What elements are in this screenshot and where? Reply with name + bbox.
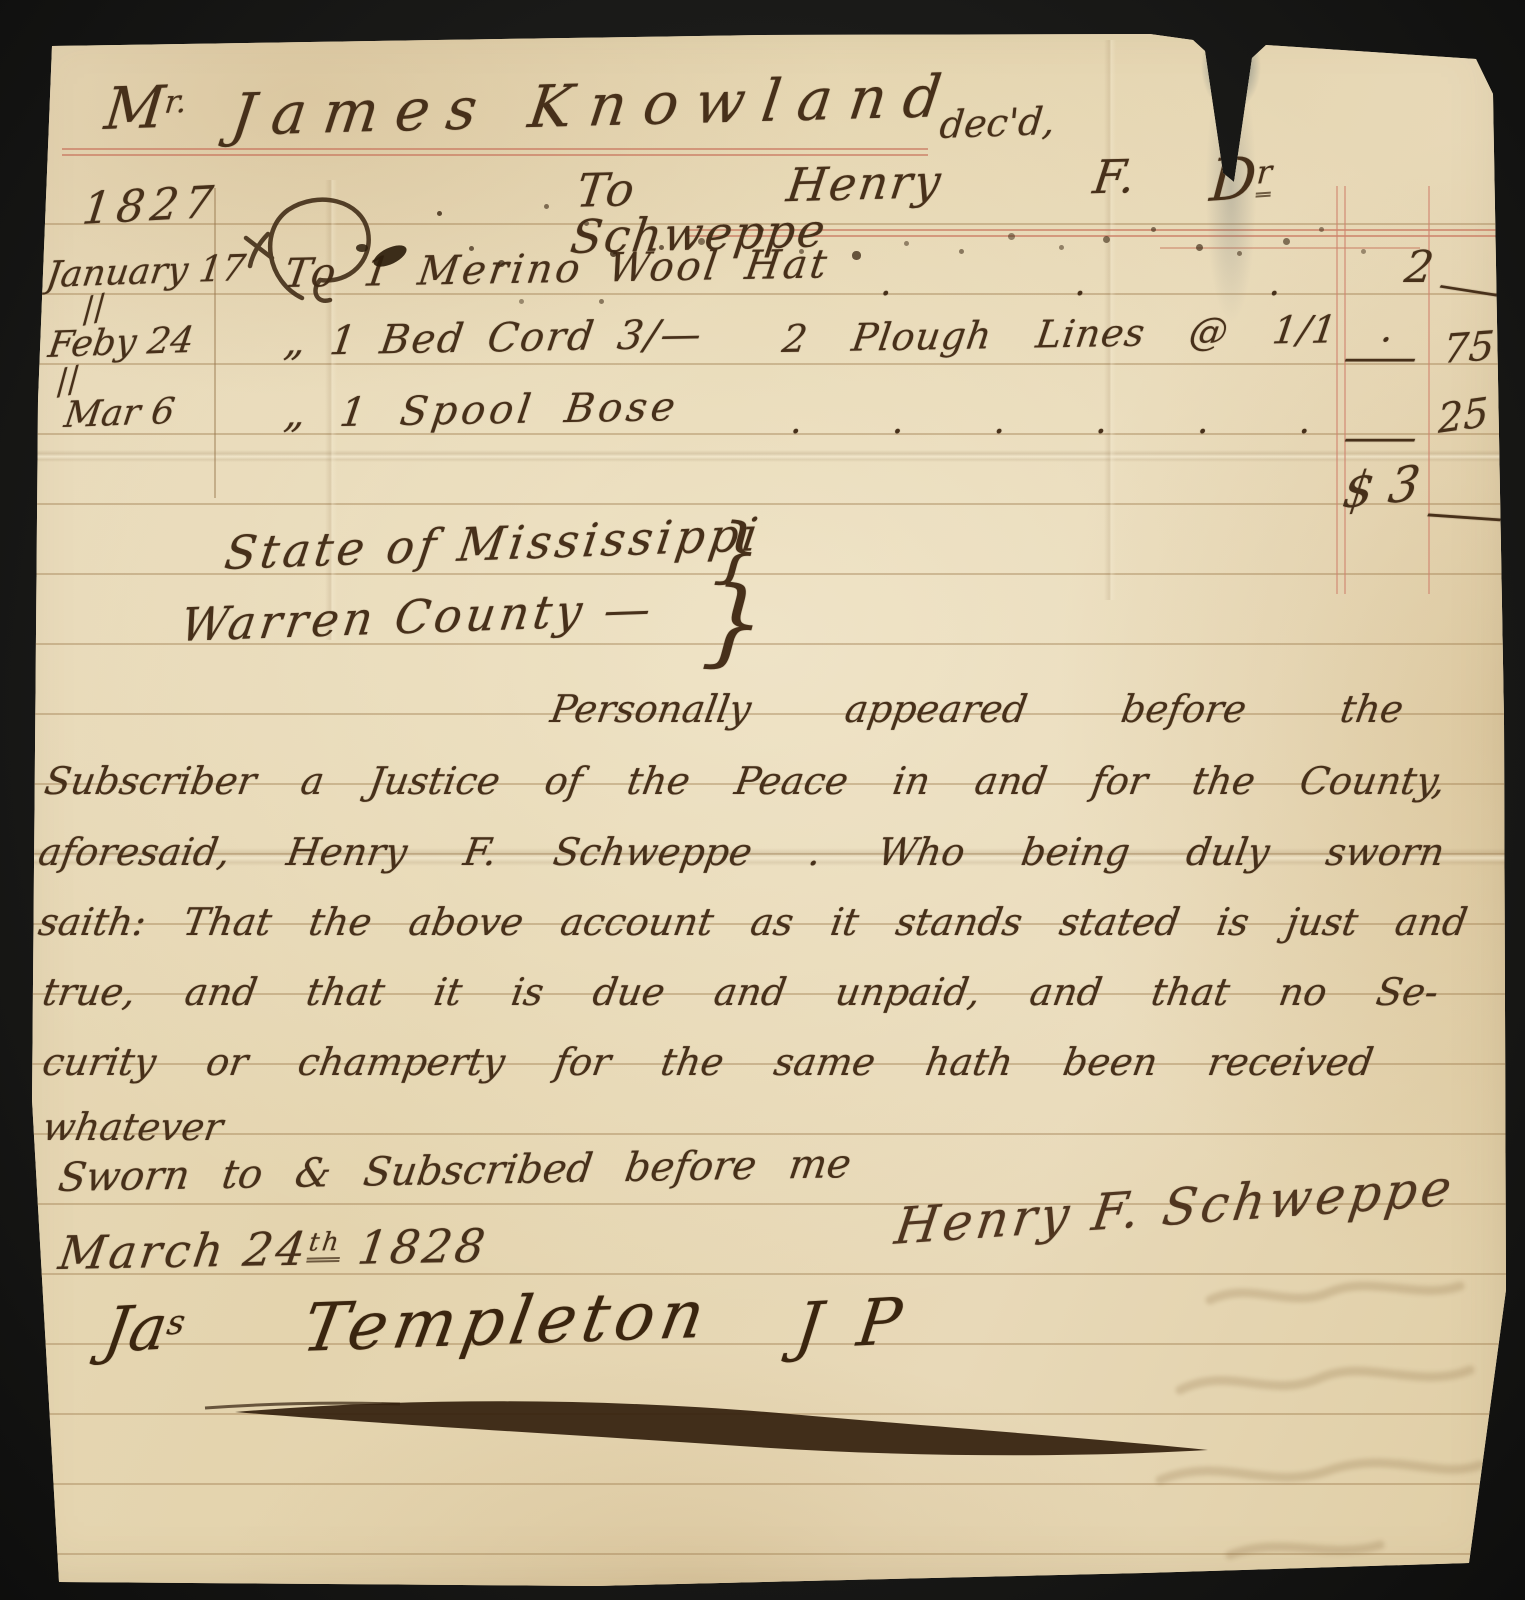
entry-date: Feby 24 — [46, 323, 196, 364]
entry-item-2: 2 Plough Lines @ 1/1 . — [780, 309, 1397, 358]
date-main: March 24 — [55, 1222, 312, 1280]
dr-main: D — [1208, 143, 1259, 215]
entry-dollars: — — [1360, 418, 1400, 458]
date-year: 1828 — [355, 1218, 492, 1274]
amount-column-rule-2 — [1344, 186, 1346, 594]
dollar-dash: — — [1342, 418, 1418, 458]
total-dash-glyph: — — [1423, 491, 1506, 538]
scanned-document-photo: Mr. James Knowland dec'd, 1827 To Henry … — [0, 0, 1525, 1600]
dollar-dash: — — [1342, 338, 1418, 378]
attestation-date: March 24th 1828 — [56, 1222, 491, 1276]
justice-signature-name: Templeton — [298, 1281, 715, 1362]
entry-date: January 17 — [44, 251, 247, 294]
jurat-line: saith: That the above account as it stan… — [36, 903, 1470, 941]
dr-underline — [1160, 247, 1420, 249]
honorific-sup: r. — [163, 82, 189, 121]
county-brace: } — [700, 572, 768, 672]
leader-dots: . . . . . . — [790, 404, 1310, 440]
fold-crease — [0, 450, 1525, 462]
paper-sheet: Mr. James Knowland dec'd, 1827 To Henry … — [0, 0, 1525, 1600]
deceased-note: dec'd, — [938, 102, 1057, 144]
jurat-line: Subscriber a Justice of the Peace in and… — [42, 762, 1448, 800]
entry-item: To 1 Merino Wool Hat — [282, 244, 832, 294]
justice-abbr: Ja — [99, 1290, 172, 1367]
date-column-rule — [214, 188, 216, 498]
entry-cents: — — [1452, 266, 1498, 312]
title-underline-top — [62, 148, 928, 150]
justice-signature-title: J P — [792, 1290, 913, 1360]
jurat-line: Personally appeared before the — [548, 690, 1406, 728]
jurat-line: whatever — [40, 1108, 226, 1146]
total-dash: — — [1442, 492, 1487, 537]
leader-dots: . . . — [880, 266, 1280, 302]
jurat-line: aforesaid, Henry F. Schweppe . Who being… — [36, 833, 1447, 871]
justice-signature-abbr: Jas — [100, 1295, 189, 1362]
entry-cents: 75 — [1442, 326, 1496, 370]
date-sup: th — [306, 1227, 343, 1263]
ruled-lines — [0, 155, 1525, 1600]
total-amount: $ 3 — [1340, 459, 1423, 516]
addressee-name: James Knowland — [228, 67, 962, 144]
jurat-line: true, and that it is due and unpaid, and… — [40, 973, 1441, 1011]
bill-year: 1827 — [80, 181, 221, 232]
debit-abbreviation: Dr — [1208, 147, 1274, 210]
amount-column-rule-1 — [1336, 186, 1338, 594]
honorific-main: M — [101, 73, 168, 143]
entry-date: Mar 6 — [62, 394, 177, 434]
jurat-line: curity or champerty for the same hath be… — [40, 1043, 1376, 1081]
entry-item: „ 1 Bed Cord 3/— — [282, 315, 706, 362]
ink-spatter — [0, 0, 3, 3]
dr-sup: r — [1255, 152, 1273, 197]
addressee-honorific: Mr. — [102, 77, 189, 138]
entry-item: „ 1 Spool Bose — [282, 387, 682, 434]
entry-dollars: — — [1360, 338, 1400, 378]
cents-dash: — — [1434, 264, 1515, 315]
entry-cents: 25 — [1438, 393, 1488, 440]
title-underline-bottom — [62, 154, 928, 156]
